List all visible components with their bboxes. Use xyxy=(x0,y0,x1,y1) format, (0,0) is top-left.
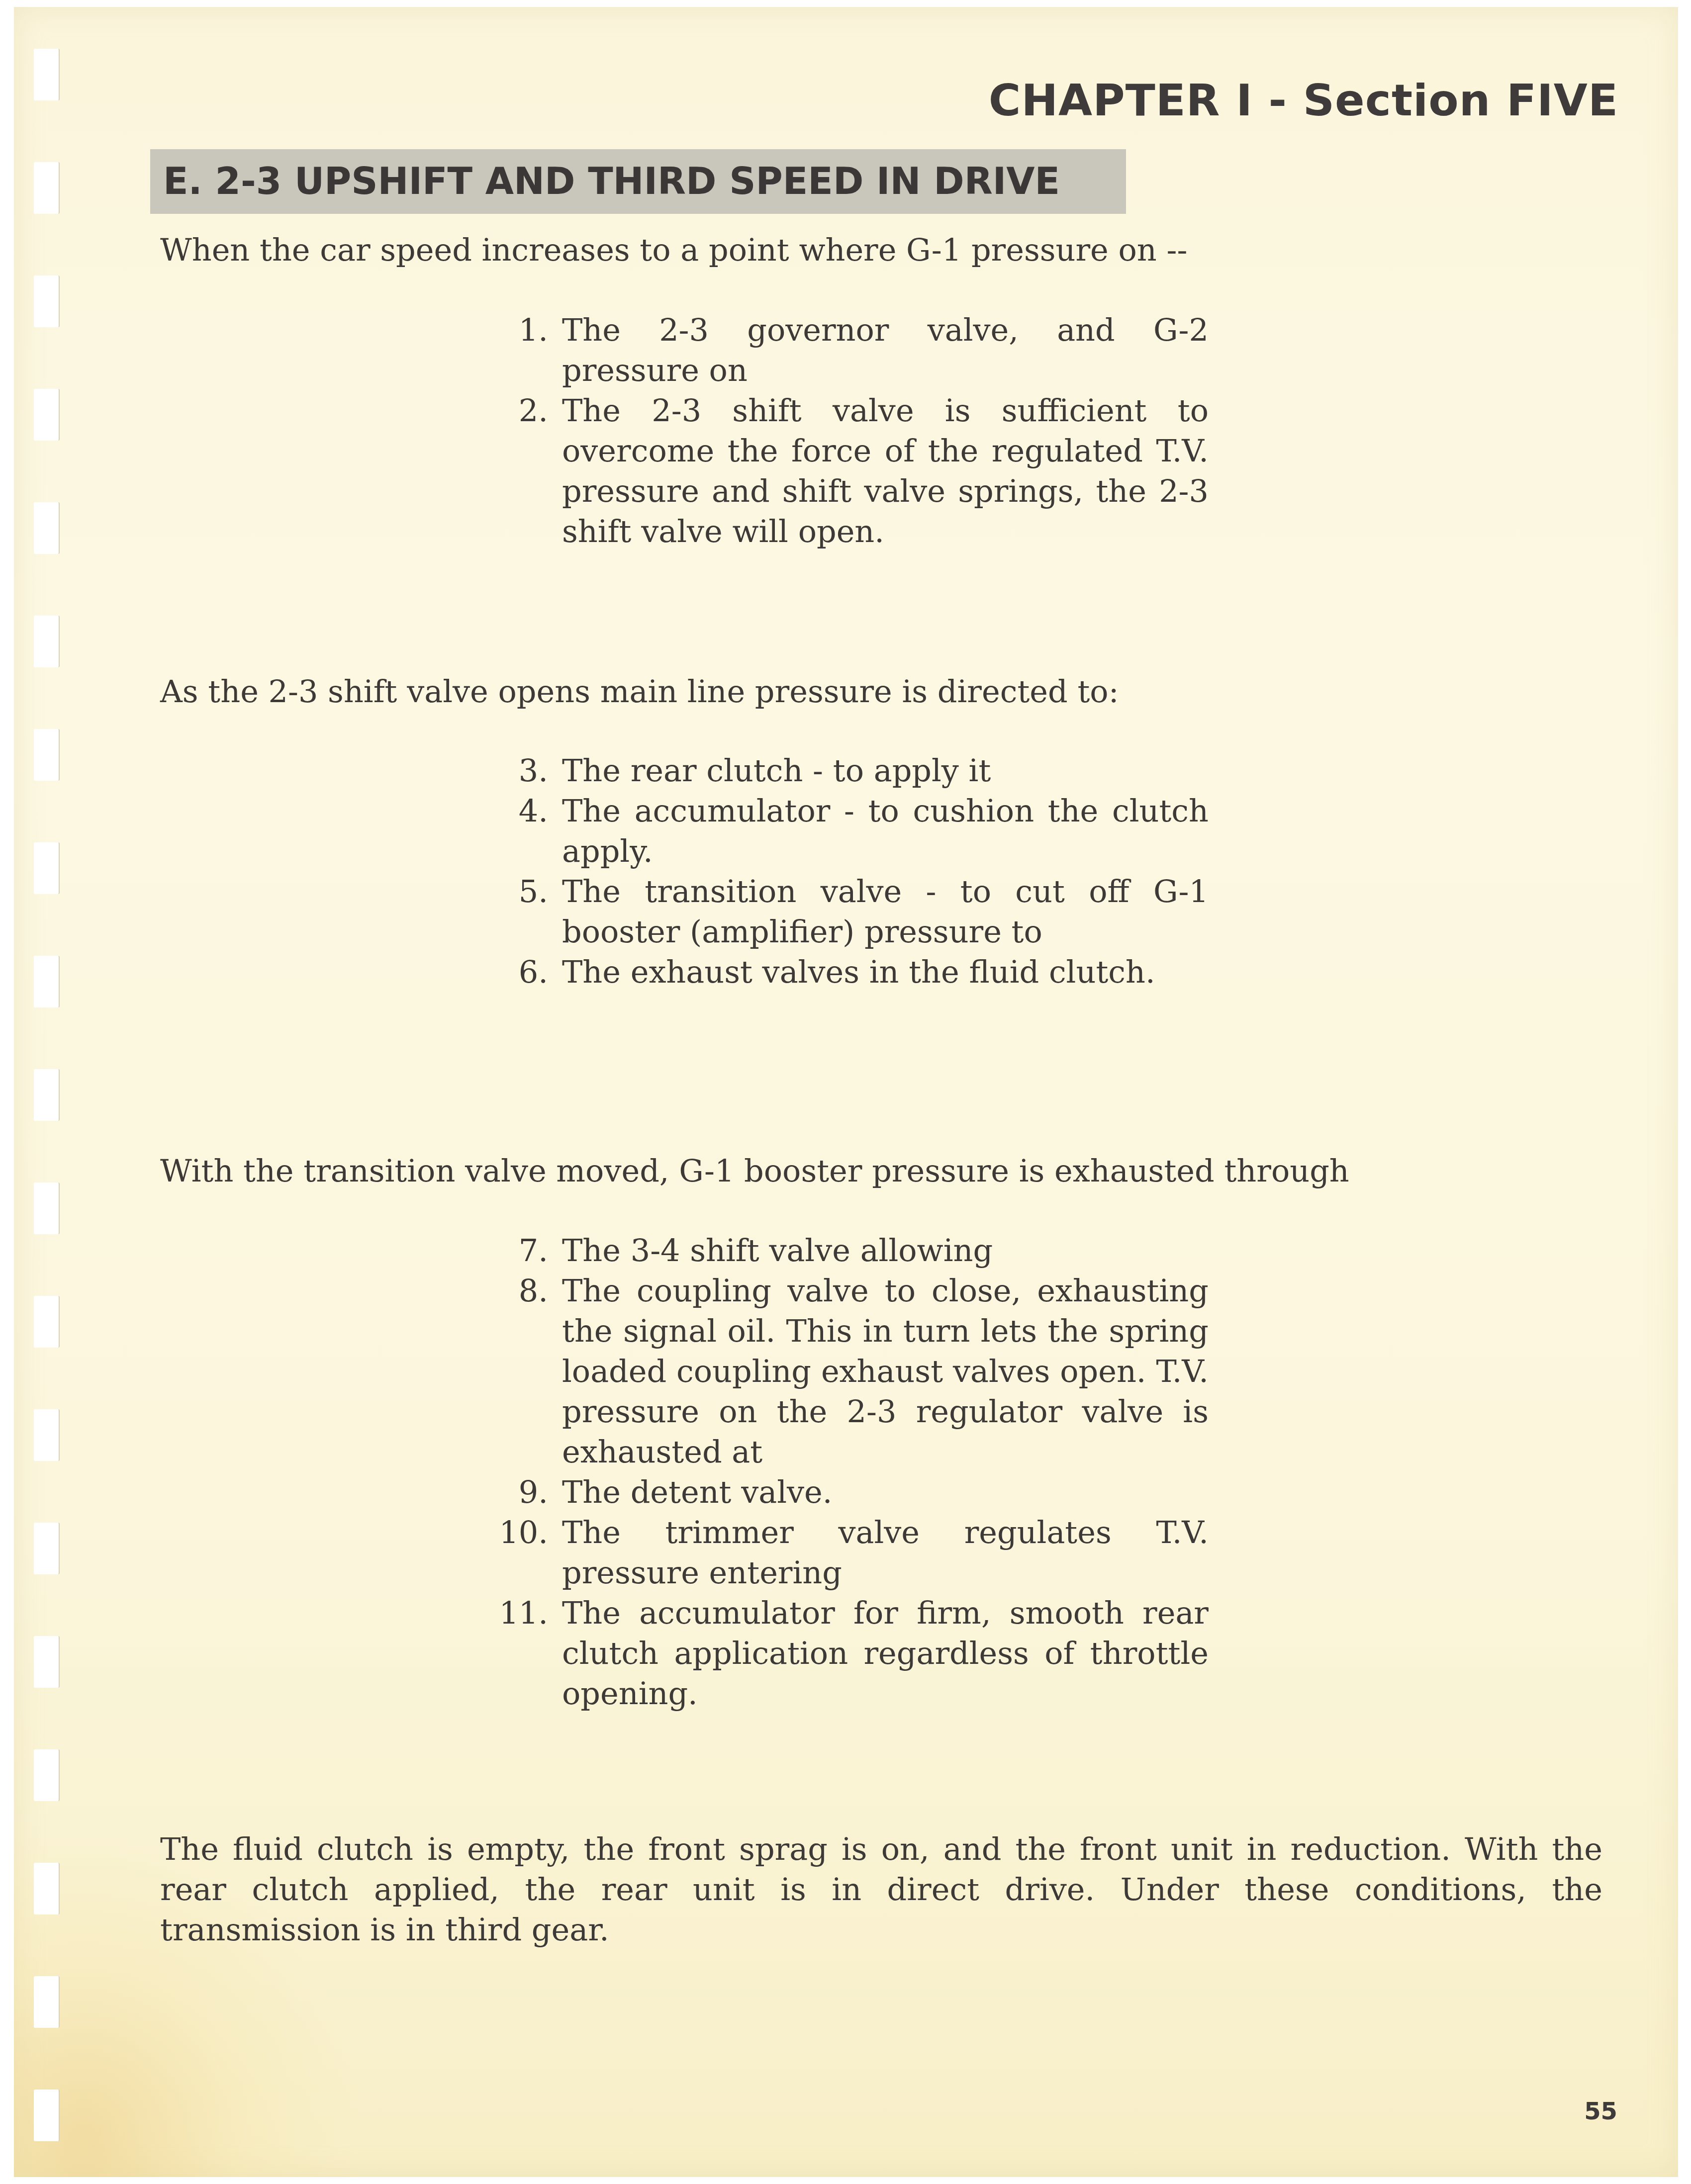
list-text: The accumulator - to cushion the clutch … xyxy=(562,791,1209,871)
list-number: 4. xyxy=(497,791,562,871)
binder-hole xyxy=(34,1183,60,1234)
list-number: 11. xyxy=(497,1593,562,1714)
list-item: 9.The detent valve. xyxy=(562,1472,1209,1512)
binder-hole xyxy=(34,616,60,667)
list-item: 10.The trimmer valve regulates T.V. pres… xyxy=(562,1512,1209,1593)
binder-hole xyxy=(34,729,60,781)
binder-hole xyxy=(34,2090,60,2141)
list-item: 11.The accumulator for firm, smooth rear… xyxy=(562,1593,1209,1714)
list-number: 7. xyxy=(497,1230,562,1271)
list-number: 3. xyxy=(497,750,562,791)
list-item: 6.The exhaust valves in the fluid clutch… xyxy=(562,952,1209,992)
binder-hole xyxy=(34,1523,60,1574)
section-heading-text: E. 2-3 UPSHIFT AND THIRD SPEED IN DRIVE xyxy=(163,160,1060,203)
list-governor-conditions: 1.The 2-3 governor valve, and G-2 pressu… xyxy=(562,310,1209,551)
list-item: 2.The 2-3 shift valve is sufficient to o… xyxy=(562,390,1209,551)
binder-hole xyxy=(34,162,60,214)
binder-hole xyxy=(34,1296,60,1348)
main-line-paragraph: As the 2-3 shift valve opens main line p… xyxy=(160,671,1119,712)
list-number: 6. xyxy=(497,952,562,992)
list-item: 7.The 3-4 shift valve allowing xyxy=(562,1230,1209,1271)
list-text: The accumulator for firm, smooth rear cl… xyxy=(562,1593,1209,1714)
list-item: 4.The accumulator - to cushion the clutc… xyxy=(562,791,1209,871)
list-number: 2. xyxy=(497,390,562,551)
list-text: The 2-3 governor valve, and G-2 pressure… xyxy=(562,310,1209,390)
binder-hole xyxy=(34,502,60,554)
binder-hole xyxy=(34,389,60,441)
binder-hole xyxy=(34,1636,60,1688)
binder-hole xyxy=(34,275,60,327)
list-number: 5. xyxy=(497,871,562,952)
list-main-line-destinations: 3.The rear clutch - to apply it 4.The ac… xyxy=(562,750,1209,992)
binder-hole xyxy=(34,842,60,894)
list-text: The rear clutch - to apply it xyxy=(562,750,1209,791)
list-text: The trimmer valve regulates T.V. pressur… xyxy=(562,1512,1209,1593)
binder-hole xyxy=(34,1863,60,1914)
list-item: 8.The coupling valve to close, exhaustin… xyxy=(562,1271,1209,1472)
intro-paragraph: When the car speed increases to a point … xyxy=(160,230,1187,270)
binder-hole xyxy=(34,1409,60,1461)
conclusion-paragraph: The fluid clutch is empty, the front spr… xyxy=(160,1829,1602,1950)
list-number: 8. xyxy=(497,1271,562,1472)
list-text: The coupling valve to close, exhausting … xyxy=(562,1271,1209,1472)
page-number: 55 xyxy=(1584,2097,1617,2125)
list-text: The 3-4 shift valve allowing xyxy=(562,1230,1209,1271)
binder-hole xyxy=(34,1069,60,1121)
binder-hole xyxy=(34,956,60,1007)
list-text: The exhaust valves in the fluid clutch. xyxy=(562,952,1209,992)
list-item: 5.The transition valve - to cut off G-1 … xyxy=(562,871,1209,952)
list-item: 3.The rear clutch - to apply it xyxy=(562,750,1209,791)
list-text: The transition valve - to cut off G-1 bo… xyxy=(562,871,1209,952)
list-number: 9. xyxy=(497,1472,562,1512)
chapter-title: CHAPTER I - Section FIVE xyxy=(989,75,1618,126)
list-item: 1.The 2-3 governor valve, and G-2 pressu… xyxy=(562,310,1209,390)
binder-hole xyxy=(34,1749,60,1801)
binder-hole xyxy=(34,49,60,100)
list-number: 1. xyxy=(497,310,562,390)
booster-paragraph: With the transition valve moved, G-1 boo… xyxy=(160,1151,1349,1191)
list-text: The 2-3 shift valve is sufficient to ove… xyxy=(562,390,1209,551)
list-exhaust-sequence: 7.The 3-4 shift valve allowing 8.The cou… xyxy=(562,1230,1209,1714)
list-text: The detent valve. xyxy=(562,1472,1209,1512)
list-number: 10. xyxy=(497,1512,562,1593)
binder-hole xyxy=(34,1976,60,2028)
section-heading: E. 2-3 UPSHIFT AND THIRD SPEED IN DRIVE xyxy=(150,149,1126,214)
